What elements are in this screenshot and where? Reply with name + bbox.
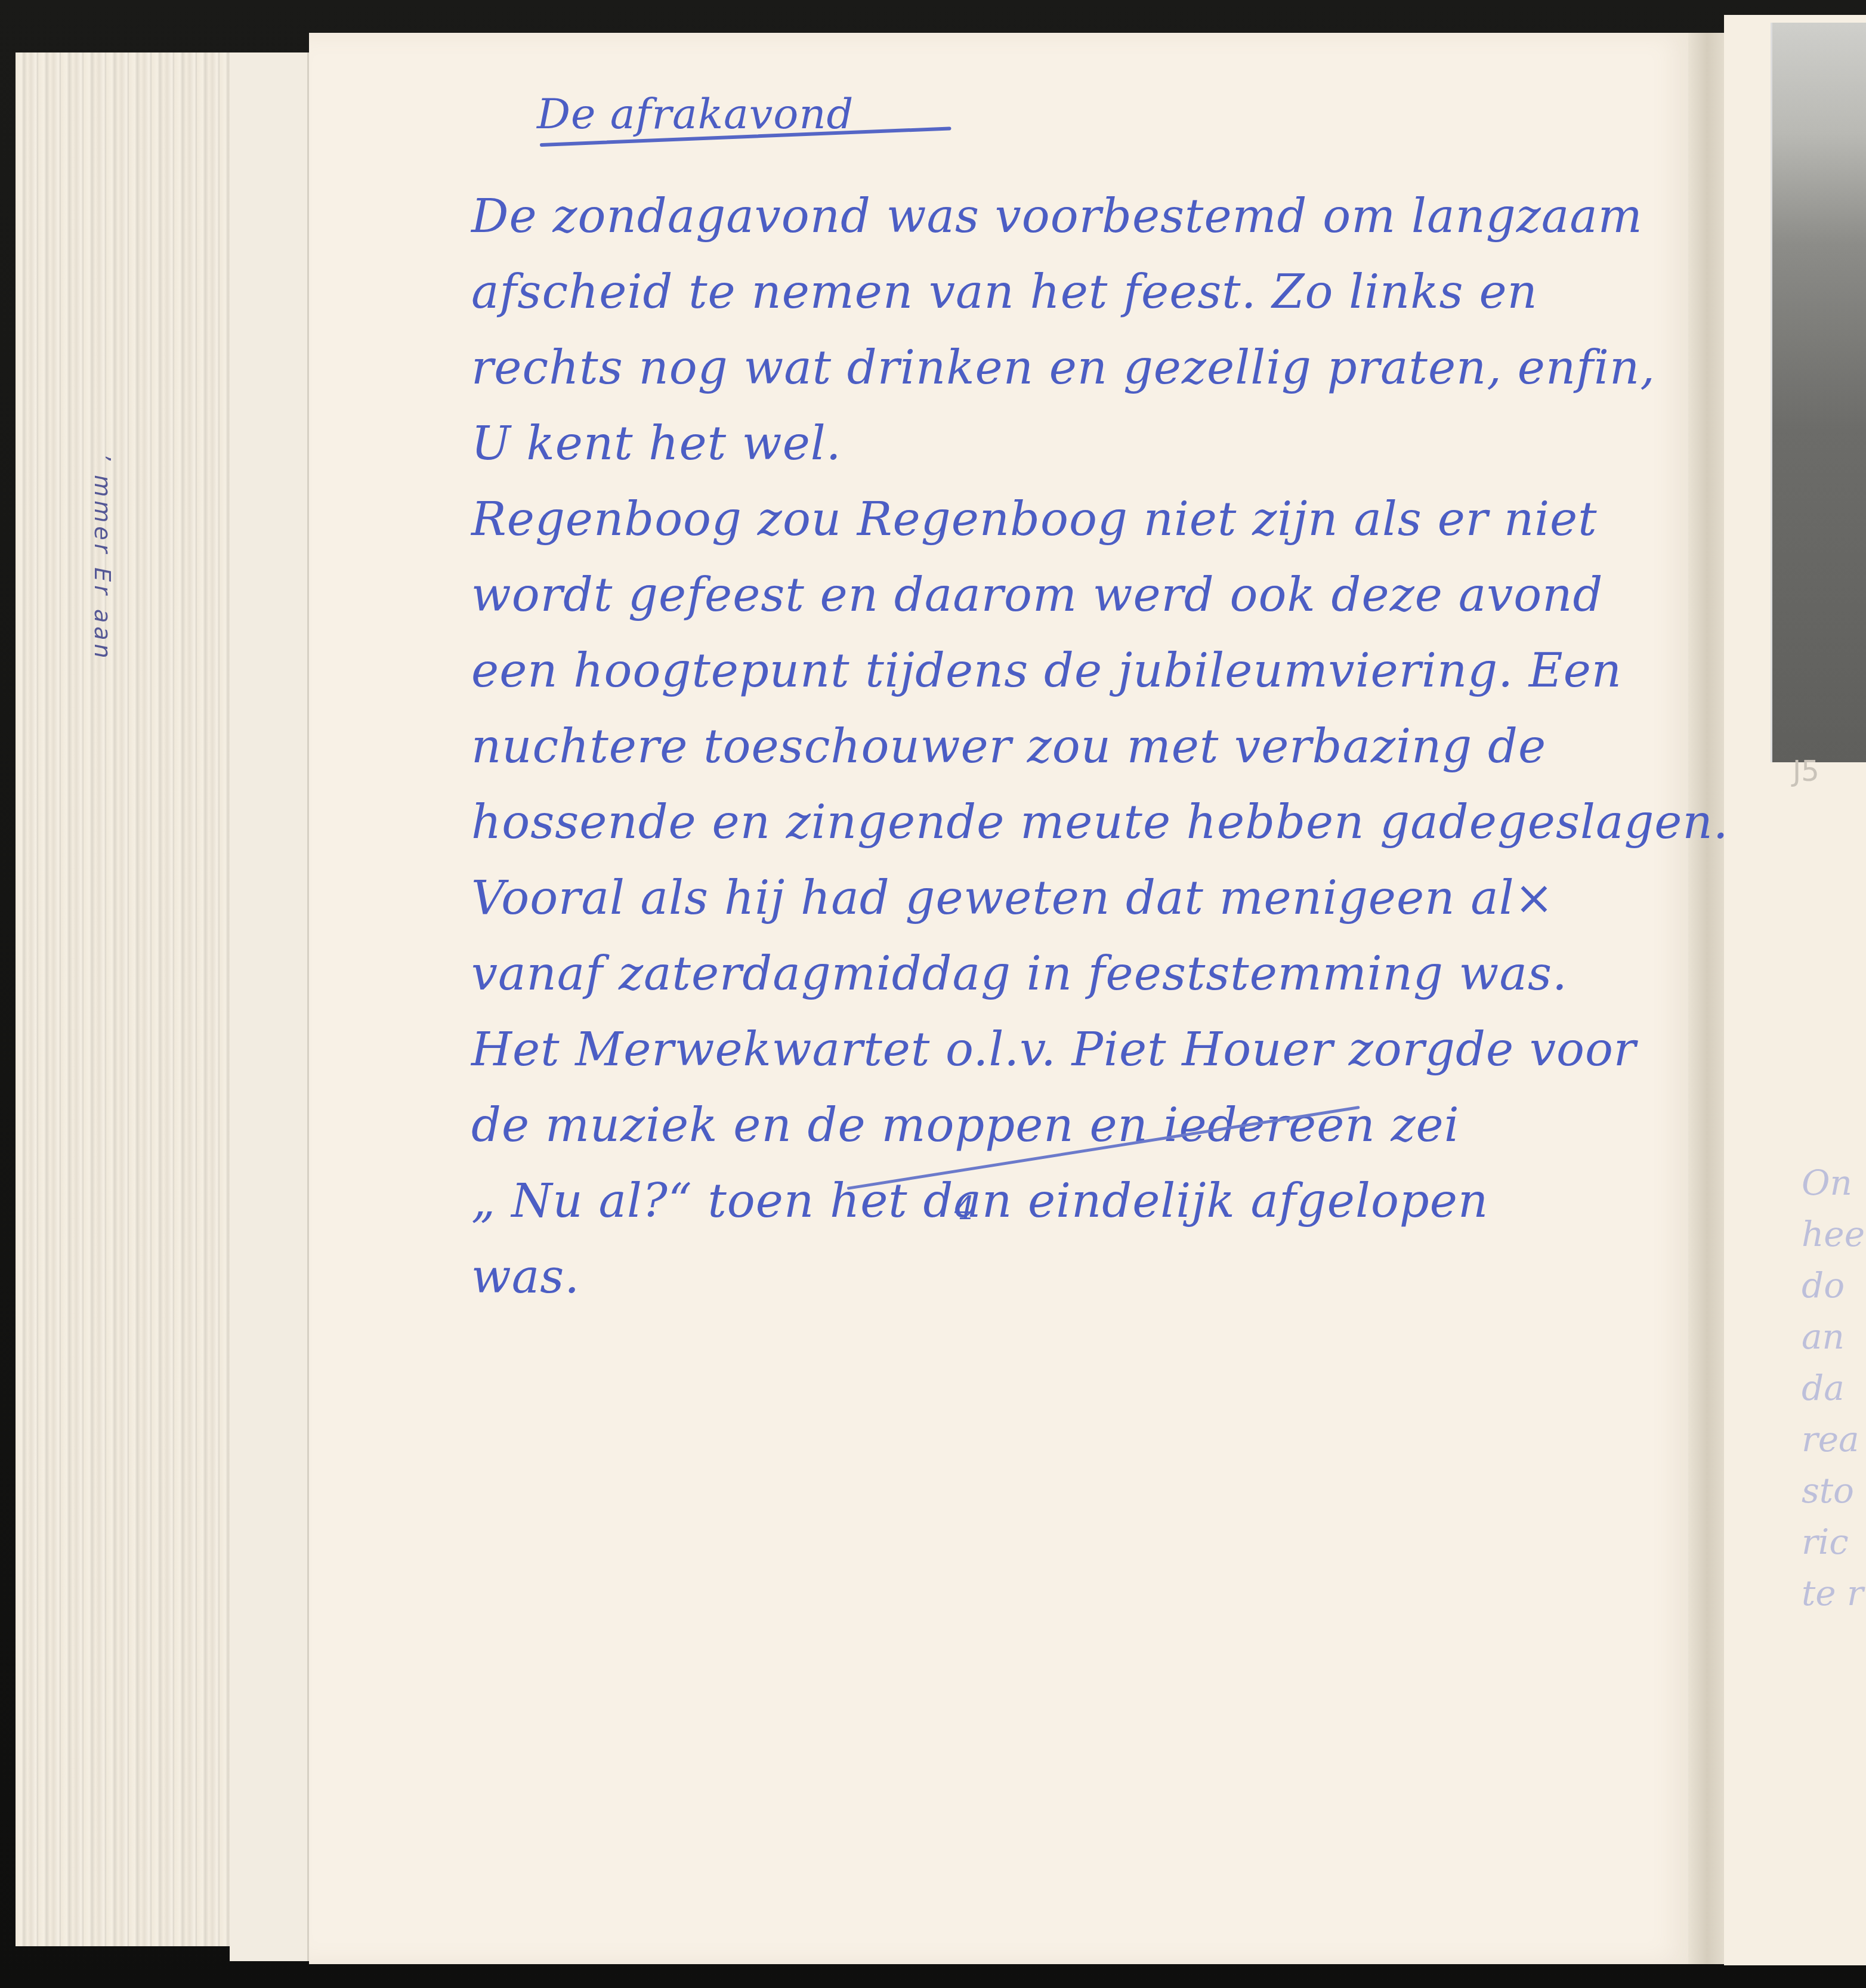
- text-line: hossende en zingende meute hebben gadege…: [471, 785, 1664, 861]
- page-title: De afrakavond: [537, 89, 854, 138]
- handwritten-body: De zondagavond was voorbestemd om langza…: [471, 179, 1664, 1315]
- facing-page-photo: [1771, 23, 1866, 762]
- text-line: vanaf zaterdagmiddag in feeststemming wa…: [471, 936, 1664, 1012]
- text-line: was.: [471, 1239, 1664, 1315]
- flyleaf-page: [230, 52, 310, 1961]
- text-line: wordt gefeest en daarom werd ook deze av…: [471, 558, 1664, 633]
- text-line: U kent het wel.: [471, 406, 1664, 482]
- text-line: rechts nog wat drinken en gezellig prate…: [471, 330, 1664, 406]
- text-line: Regenboog zou Regenboog niet zijn als er…: [471, 482, 1664, 558]
- spine-handwritten-note: ’ mmer Er aan: [89, 453, 116, 662]
- text-line: „ Nu al?“ toen het dan eindelijk afgelop…: [471, 1164, 1664, 1239]
- photo-label: J5: [1793, 755, 1819, 788]
- text-line: nuchtere toeschouwer zou met verbazing d…: [471, 709, 1664, 785]
- text-line: een hoogtepunt tijdens de jubileumvierin…: [471, 633, 1664, 709]
- text-line: Vooral als hij had geweten dat menigeen …: [471, 861, 1664, 936]
- text-line: Het Merwekwartet o.l.v. Piet Houer zorgd…: [471, 1012, 1664, 1088]
- text-line: De zondagavond was voorbestemd om langza…: [471, 179, 1664, 255]
- text-line: afscheid te nemen van het feest. Zo link…: [471, 255, 1664, 330]
- closing-mark: 4: [954, 1190, 975, 1228]
- facing-page-text-fragments: On hee do an da rea sto ric te r: [1802, 1157, 1866, 1619]
